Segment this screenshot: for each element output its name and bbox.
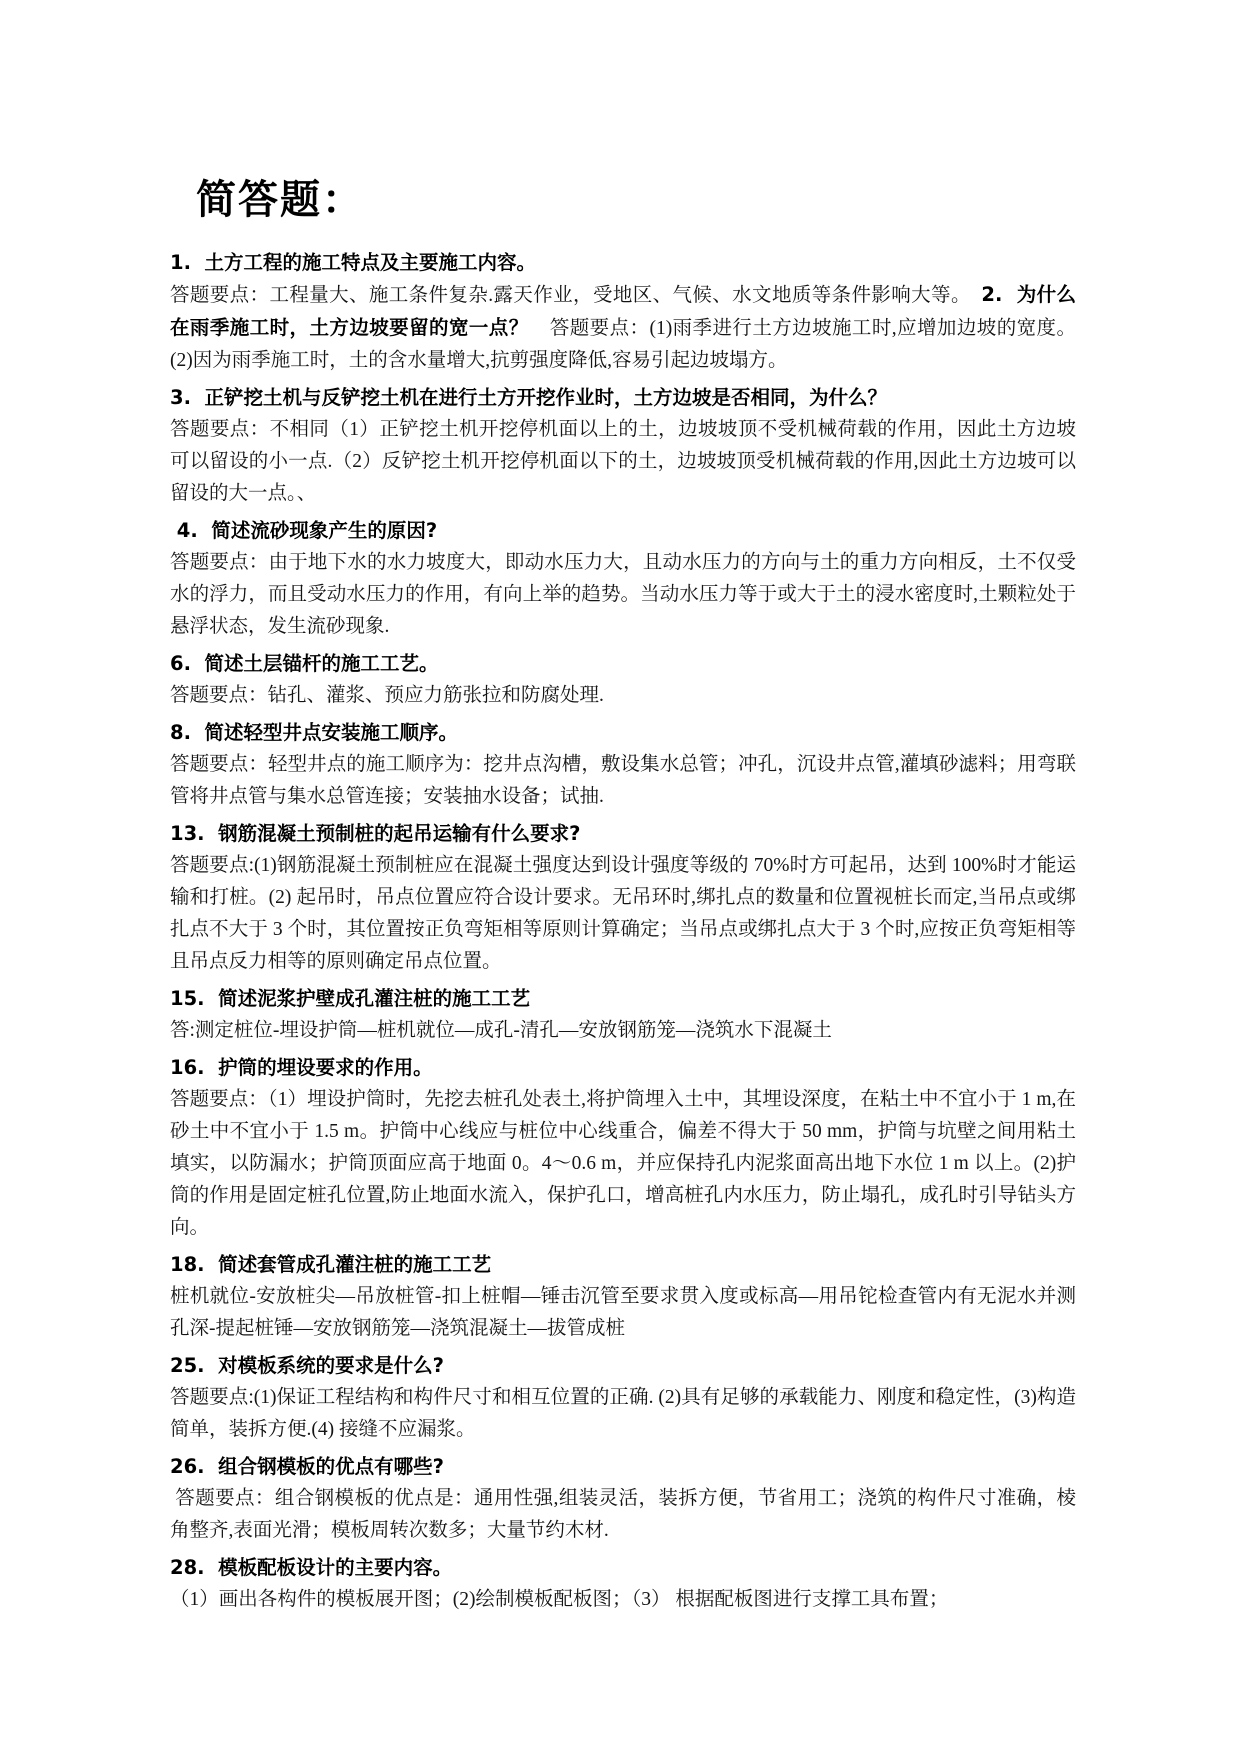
answer-paragraph: 答题要点：轻型井点的施工顺序为：挖井点沟槽，敷设集水总管；冲孔，沉设井点管,灌填… — [170, 749, 1076, 813]
answer-paragraph: 答:测定桩位-埋设护筒—桩机就位—成孔-清孔—安放钢筋笼—浇筑水下混凝土 — [170, 1015, 1076, 1047]
answer-paragraph: 答题要点：（1）埋设护筒时，先挖去桩孔处表土,将护筒埋入土中，其埋设深度，在粘土… — [170, 1084, 1076, 1244]
question-heading: 1. 土方工程的施工特点及主要施工内容。 — [170, 247, 1076, 279]
answer-paragraph: 答题要点：工程量大、施工条件复杂.露天作业，受地区、气候、水文地质等条件影响大等… — [170, 279, 1076, 377]
question-heading: 25. 对模板系统的要求是什么? — [170, 1350, 1076, 1382]
document-body: 1. 土方工程的施工特点及主要施工内容。答题要点：工程量大、施工条件复杂.露天作… — [170, 247, 1076, 1616]
question-heading: 18. 简述套管成孔灌注桩的施工工艺 — [170, 1249, 1076, 1281]
answer-paragraph: 答题要点：由于地下水的水力坡度大，即动水压力大，且动水压力的方向与土的重力方向相… — [170, 547, 1076, 643]
answer-paragraph: 答题要点:(1)钢筋混凝土预制桩应在混凝土强度达到设计强度等级的 70%时方可起… — [170, 850, 1076, 978]
answer-text-run: 答题要点：工程量大、施工条件复杂.露天作业，受地区、气候、水文地质等条件影响大等… — [170, 285, 981, 306]
question-heading: 8. 简述轻型井点安装施工顺序。 — [170, 717, 1076, 749]
question-heading: 4. 简述流砂现象产生的原因? — [170, 515, 1076, 547]
question-heading: 13. 钢筋混凝土预制桩的起吊运输有什么要求? — [170, 818, 1076, 850]
question-heading: 6. 简述土层锚杆的施工工艺。 — [170, 648, 1076, 680]
answer-paragraph: 答题要点：组合钢模板的优点是：通用性强,组装灵活，装拆方便，节省用工；浇筑的构件… — [170, 1483, 1076, 1547]
question-heading: 16. 护筒的埋设要求的作用。 — [170, 1052, 1076, 1084]
question-heading: 15. 简述泥浆护壁成孔灌注桩的施工工艺 — [170, 983, 1076, 1015]
page-title: 简答题： — [196, 168, 1076, 225]
document-page: 简答题： 1. 土方工程的施工特点及主要施工内容。答题要点：工程量大、施工条件复… — [0, 0, 1241, 1754]
question-heading: 28. 模板配板设计的主要内容。 — [170, 1552, 1076, 1584]
document-content: 简答题： 1. 土方工程的施工特点及主要施工内容。答题要点：工程量大、施工条件复… — [170, 168, 1076, 1616]
answer-paragraph: 答题要点：不相同（1）正铲挖土机开挖停机面以上的土，边坡坡顶不受机械荷载的作用，… — [170, 414, 1076, 510]
answer-paragraph: 答题要点：钻孔、灌浆、预应力筋张拉和防腐处理. — [170, 680, 1076, 712]
answer-paragraph: （1）画出各构件的模板展开图；(2)绘制模板配板图；（3） 根据配板图进行支撑工… — [170, 1584, 1076, 1616]
answer-paragraph: 桩机就位-安放桩尖—吊放桩管-扣上桩帽—锤击沉管至要求贯入度或标高—用吊铊检查管… — [170, 1281, 1076, 1345]
question-heading: 26. 组合钢模板的优点有哪些? — [170, 1451, 1076, 1483]
answer-paragraph: 答题要点:(1)保证工程结构和构件尺寸和相互位置的正确. (2)具有足够的承载能… — [170, 1382, 1076, 1446]
question-heading: 3. 正铲挖土机与反铲挖土机在进行土方开挖作业时，土方边坡是否相同，为什么？ — [170, 382, 1076, 414]
